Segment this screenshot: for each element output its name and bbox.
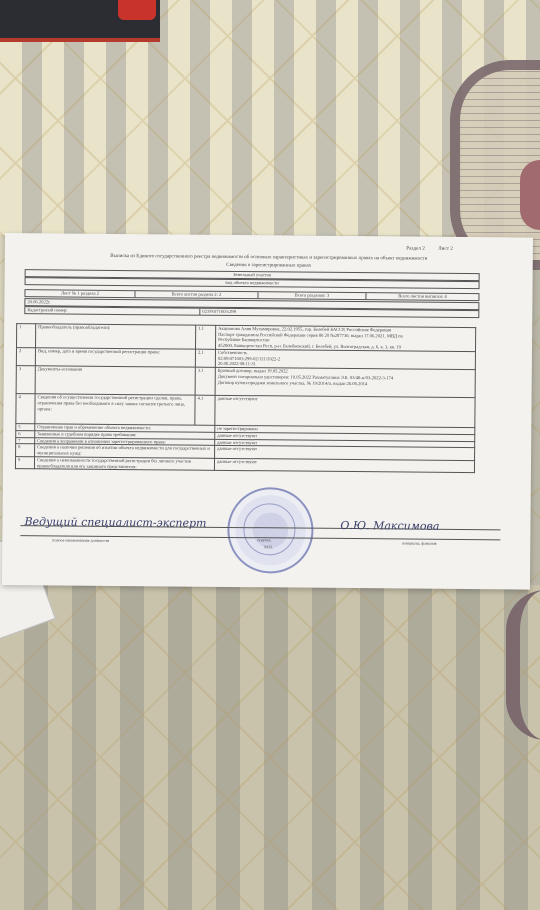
row-label: Правообладатель (правообладатели): [36,324,196,349]
registry-extract-document: Раздел 2 Лист 2 Выписка из Единого госуд… [2,233,533,590]
total-sheets-section: Всего листов раздела 2: 2 [135,291,258,298]
total-sheets: Всего листов выписки: 4 [366,293,478,300]
row-value: Брачный договор, выдан 19.05.2022Докумен… [215,367,475,397]
row-value: данные отсутствуют [214,458,474,473]
row-number: 2 [16,348,35,366]
position-caption: полное наименование должности [52,537,109,542]
cadastral-number: 02:09:071603:299 [200,309,478,317]
name-handwritten: О.Ю. Максимова [340,519,439,534]
portrait-detail [520,160,540,230]
total-sections: Всего разделов: 3 [258,292,366,299]
ornamental-frame-lower [506,590,540,740]
row-label: Сведения о наличии решения об изъятии об… [35,444,215,458]
row-value: Собственность02:09:071603:299-02/121/202… [215,349,475,369]
table-row: 9Сведения о невозможности государственно… [15,456,474,472]
row-label: Вид, номер, дата и время государственной… [35,348,195,368]
value-line: Договор купли-продажи земельного участка… [218,379,473,387]
table-row: 4Сведения об осуществлении государственн… [16,394,475,428]
signature-caption: подпись [257,537,271,542]
page-header: Раздел 2 Лист 2 [394,245,453,252]
sheet-of-section: Лист № 1 раздела 2 [25,290,135,297]
rights-table: 1Правообладатель (правообладатели):1.1Ак… [15,323,476,473]
row-number: 4 [16,394,35,424]
row-label: Документы-основания [35,366,195,395]
stamp-caption: М.П. [264,544,272,549]
row-subnumber: 2.1 [195,349,215,367]
row-value: данные отсутствуют [215,395,475,427]
name-caption: инициалы, фамилия [402,540,436,545]
position-handwritten: Ведущий специалист-эксперт [24,515,206,530]
row-number: 8 [16,444,35,457]
sheet-label: Лист 2 [438,246,453,252]
section-label: Раздел 2 [406,246,425,252]
row-subnumber: 3.1 [195,367,215,395]
row-label: Сведения об осуществлении государственно… [35,394,195,425]
row-number: 3 [16,366,35,394]
official-stamp [227,487,314,574]
row-value: Акционова Алия Мухамировна, 22.02.1955, … [215,325,475,351]
cadastral-label: Кадастровый номер: [25,307,200,315]
row-label: Сведения о невозможности государственной… [34,457,214,471]
row-number: 9 [15,456,34,469]
red-object [118,0,156,20]
row-number: 1 [17,324,36,348]
value-line: данные отсутствуют [218,396,473,404]
row-subnumber: 1.1 [195,325,215,349]
table-row: 3Документы-основания3.1Брачный договор, … [16,366,475,398]
row-subnumber: 4.1 [195,395,215,425]
